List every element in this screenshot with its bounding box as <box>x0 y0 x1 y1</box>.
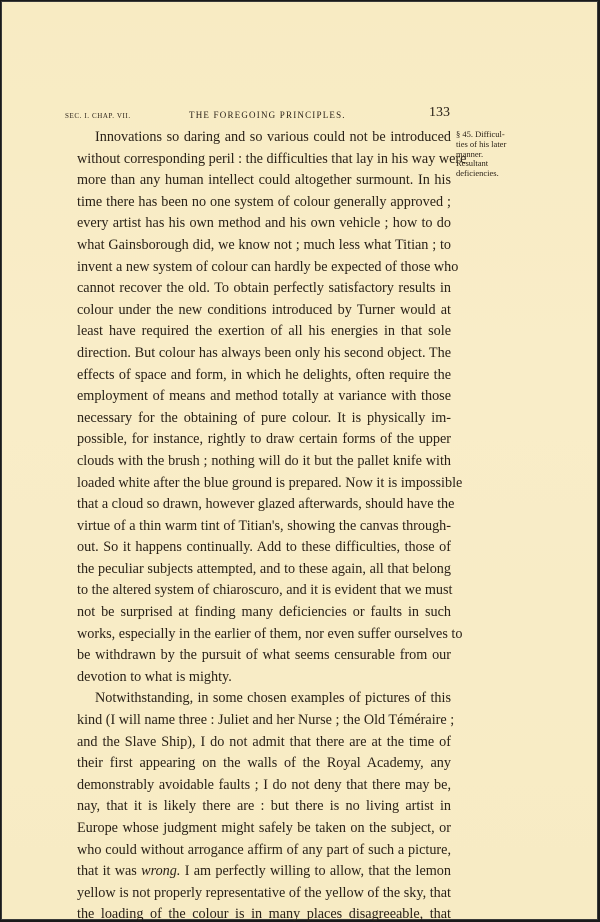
text-line: direction. But colour has always been on… <box>77 343 451 365</box>
text-line: devotion to what is mighty. <box>77 667 451 689</box>
text-line: effects of space and form, in which he d… <box>77 365 451 387</box>
page-number: 133 <box>429 105 450 121</box>
text-line: nay, that it is likely there are : but t… <box>77 796 451 818</box>
text-line: loaded white after the blue ground is pr… <box>77 473 451 495</box>
text-line: cannot recover the old. To obtain perfec… <box>77 278 451 300</box>
running-head: SEC. I. CHAP. VII. THE FOREGOING PRINCIP… <box>65 109 465 125</box>
text-run: that it was <box>77 863 141 879</box>
text-line: colour under the new conditions introduc… <box>77 300 451 322</box>
marginal-sidenote: § 45. Difficul- ties of his later manner… <box>456 130 536 179</box>
text-line: not be surprised at finding many deficie… <box>77 602 451 624</box>
text-run: I am perfectly willing to allow, that th… <box>180 863 451 879</box>
text-line: kind (I will name three : Juliet and her… <box>77 710 451 732</box>
text-line: clouds with the brush ; nothing will do … <box>77 451 451 473</box>
text-line: out. So it happens continually. Add to t… <box>77 537 451 559</box>
body-text: Innovations so daring and so various cou… <box>77 127 451 922</box>
running-title: THE FOREGOING PRINCIPLES. <box>189 110 346 120</box>
text-line: Innovations so daring and so various cou… <box>77 127 451 149</box>
text-line: time there has been no one system of col… <box>77 192 451 214</box>
text-line: invent a new system of colour can hardly… <box>77 257 451 279</box>
text-line: more than any human intellect could alto… <box>77 170 451 192</box>
text-line: demonstrably avoidable faults ; I do not… <box>77 775 451 797</box>
text-line: virtue of a thin warm tint of Titian's, … <box>77 516 451 538</box>
text-line: employment of means and method totally a… <box>77 386 451 408</box>
text-line: their first appearing on the walls of th… <box>77 753 451 775</box>
text-line: that a cloud so drawn, however glazed af… <box>77 494 451 516</box>
text-line: every artist has his own method and his … <box>77 213 451 235</box>
book-page: SEC. I. CHAP. VII. THE FOREGOING PRINCIP… <box>1 1 598 920</box>
paragraph-1: Innovations so daring and so various cou… <box>77 127 451 688</box>
text-line: the loading of the colour is in many pla… <box>77 904 451 922</box>
text-line: to the altered system of chiaroscuro, an… <box>77 580 451 602</box>
text-line-with-italic: that it was wrong. I am perfectly willin… <box>77 861 451 883</box>
paragraph-2: Notwithstanding, in some chosen examples… <box>77 688 451 922</box>
text-line: and the Slave Ship), I do not admit that… <box>77 732 451 754</box>
text-line: necessary for the obtaining of pure colo… <box>77 408 451 430</box>
text-line: Europe whose judgment might safely be ta… <box>77 818 451 840</box>
text-line: works, especially in the earlier of them… <box>77 624 451 646</box>
text-line: what Gainsborough did, we know not ; muc… <box>77 235 451 257</box>
text-line: yellow is not properly representative of… <box>77 883 451 905</box>
text-line: the peculiar subjects attempted, and to … <box>77 559 451 581</box>
text-line: possible, for instance, rightly to draw … <box>77 429 451 451</box>
text-line: who could without arrogance affirm of an… <box>77 840 451 862</box>
text-line: be withdrawn by the pursuit of what seem… <box>77 645 451 667</box>
sidenote-line: deficiencies. <box>456 169 536 179</box>
italic-word: wrong. <box>141 863 180 879</box>
text-line: without corresponding peril : the diffic… <box>77 149 451 171</box>
text-line: least have required the exertion of all … <box>77 321 451 343</box>
section-chapter-label: SEC. I. CHAP. VII. <box>65 112 131 120</box>
text-line: Notwithstanding, in some chosen examples… <box>77 688 451 710</box>
